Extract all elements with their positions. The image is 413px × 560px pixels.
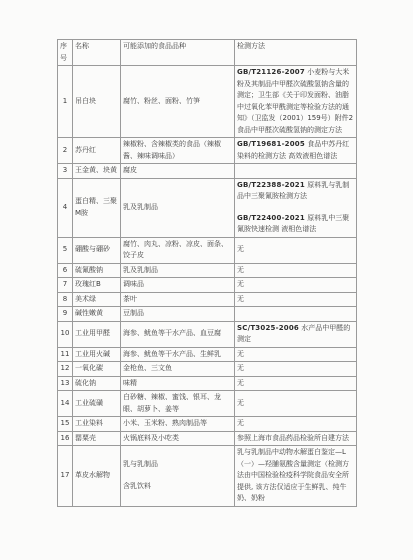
table-row: 11工业用火碱海参、鱿鱼等干水产品、生鲜乳无 bbox=[58, 347, 357, 362]
food-paragraph: 海参、鱿鱼等干水产品、生鲜乳 bbox=[123, 349, 232, 361]
table-row: 10工业用甲醛海参、鱿鱼等干水产品、血豆腐SC/T3025-2006 水产品中甲… bbox=[58, 321, 357, 347]
food-kinds-cell: 腐皮 bbox=[121, 164, 235, 179]
detection-method-cell: GB/T21126-2007 小麦粉与大米粉及其制品中甲醛次硫酸氢钠含量的测定；… bbox=[235, 66, 357, 138]
food-paragraph: 茶叶 bbox=[123, 294, 232, 306]
table-row: 7玫瑰红B调味品无 bbox=[58, 278, 357, 293]
method-paragraph: 无 bbox=[237, 265, 354, 277]
row-number-cell: 11 bbox=[58, 347, 73, 362]
food-paragraph: 金枪鱼、三文鱼 bbox=[123, 363, 232, 375]
substance-name-cell: 罂粟壳 bbox=[73, 431, 121, 446]
substance-name-cell: 蛋白精、三聚M胺 bbox=[73, 178, 121, 237]
food-kinds-cell: 腐竹、肉丸、凉粉、凉皮、面条、饺子皮 bbox=[121, 237, 235, 263]
row-number-cell: 14 bbox=[58, 391, 73, 417]
header-method: 检测方法 bbox=[235, 40, 357, 66]
method-paragraph: 参照上海市食品药品检验所自建方法 bbox=[237, 433, 354, 445]
food-kinds-cell: 海参、鱿鱼等干水产品、生鲜乳 bbox=[121, 347, 235, 362]
method-paragraph: GB/T22388-2021 原料乳与乳制品中三聚氰胺检测方法 bbox=[237, 180, 354, 203]
method-paragraph: 无 bbox=[237, 294, 354, 306]
row-number-cell: 17 bbox=[58, 446, 73, 507]
row-number-cell: 16 bbox=[58, 431, 73, 446]
substance-name-cell: 王金黄、块黄 bbox=[73, 164, 121, 179]
table-row: 14工业硫磺白砂糖、辣椒、蜜饯、银耳、龙眼、胡萝卜、姜等无 bbox=[58, 391, 357, 417]
standard-code: GB/T19681-2005 bbox=[237, 140, 305, 148]
substance-name-cell: 玫瑰红B bbox=[73, 278, 121, 293]
detection-method-cell: 无 bbox=[235, 278, 357, 293]
food-kinds-cell: 味精 bbox=[121, 376, 235, 391]
food-paragraph: 味精 bbox=[123, 378, 232, 390]
table-row: 6硫氰酸钠乳及乳制品无 bbox=[58, 263, 357, 278]
method-paragraph: 无 bbox=[237, 418, 354, 430]
table-row: 3王金黄、块黄腐皮 bbox=[58, 164, 357, 179]
food-paragraph: 乳及乳制品 bbox=[123, 265, 232, 277]
food-paragraph: 乳与乳制品 bbox=[123, 459, 232, 471]
food-kinds-cell: 调味品 bbox=[121, 278, 235, 293]
substance-name-cell: 工业硫磺 bbox=[73, 391, 121, 417]
standard-code: SC/T3025-2006 bbox=[237, 324, 299, 332]
detection-method-cell: 无 bbox=[235, 376, 357, 391]
standard-code: GB/T22388-2021 bbox=[237, 181, 305, 189]
table-row: 15工业染料小米、玉米粉、熟肉制品等无 bbox=[58, 417, 357, 432]
food-paragraph: 乳及乳制品 bbox=[123, 202, 232, 214]
substance-name-cell: 碱性嫩黄 bbox=[73, 307, 121, 322]
food-kinds-cell: 白砂糖、辣椒、蜜饯、银耳、龙眼、胡萝卜、姜等 bbox=[121, 391, 235, 417]
detection-method-cell bbox=[235, 164, 357, 179]
detection-method-cell: 无 bbox=[235, 237, 357, 263]
row-number-cell: 6 bbox=[58, 263, 73, 278]
row-number-cell: 13 bbox=[58, 376, 73, 391]
method-paragraph: 无 bbox=[237, 378, 354, 390]
food-paragraph: 豆制品 bbox=[123, 308, 232, 320]
detection-method-cell: 参照上海市食品药品检验所自建方法 bbox=[235, 431, 357, 446]
food-paragraph: 腐竹、粉丝、面粉、竹笋 bbox=[123, 96, 232, 108]
detection-method-cell: 无 bbox=[235, 362, 357, 377]
detection-method-cell bbox=[235, 307, 357, 322]
food-paragraph: 小米、玉米粉、熟肉制品等 bbox=[123, 418, 232, 430]
table-row: 8美术绿茶叶无 bbox=[58, 292, 357, 307]
method-paragraph: GB/T22400-2021 原料乳中三聚氰胺快速检测 液相色谱法 bbox=[237, 213, 354, 236]
row-number-cell: 9 bbox=[58, 307, 73, 322]
food-kinds-cell: 海参、鱿鱼等干水产品、血豆腐 bbox=[121, 321, 235, 347]
header-no: 序号 bbox=[58, 40, 73, 66]
food-kinds-cell: 金枪鱼、三文鱼 bbox=[121, 362, 235, 377]
food-kinds-cell: 豆制品 bbox=[121, 307, 235, 322]
table-row: 16罂粟壳火锅底料及小吃类参照上海市食品药品检验所自建方法 bbox=[58, 431, 357, 446]
substance-name-cell: 硫氰酸钠 bbox=[73, 263, 121, 278]
substance-name-cell: 一氧化碳 bbox=[73, 362, 121, 377]
table-row: 5硼酸与硼砂腐竹、肉丸、凉粉、凉皮、面条、饺子皮无 bbox=[58, 237, 357, 263]
food-paragraph: 辣椒粉、含辣椒类的食品（辣椒酱、辣味调味品） bbox=[123, 139, 232, 162]
method-paragraph: 乳与乳制品中动物水解蛋白鉴定—L（一）—羟脯氨酸含量测定（检测方法由中国检验检疫… bbox=[237, 447, 354, 505]
food-kinds-cell: 乳与乳制品含乳饮料 bbox=[121, 446, 235, 507]
method-paragraph: GB/T21126-2007 小麦粉与大米粉及其制品中甲醛次硫酸氢钠含量的测定；… bbox=[237, 67, 354, 136]
food-paragraph: 火锅底料及小吃类 bbox=[123, 433, 232, 445]
additives-table: 序号 名称 可能添加的食品品种 检测方法 1吊白块腐竹、粉丝、面粉、竹笋GB/T… bbox=[57, 39, 357, 507]
standard-code: GB/T21126-2007 bbox=[237, 68, 305, 76]
method-paragraph: 无 bbox=[237, 279, 354, 291]
food-paragraph: 海参、鱿鱼等干水产品、血豆腐 bbox=[123, 328, 232, 340]
row-number-cell: 3 bbox=[58, 164, 73, 179]
row-number-cell: 10 bbox=[58, 321, 73, 347]
row-number-cell: 1 bbox=[58, 66, 73, 138]
detection-method-cell: 无 bbox=[235, 347, 357, 362]
substance-name-cell: 苏丹红 bbox=[73, 138, 121, 164]
table-row: 1吊白块腐竹、粉丝、面粉、竹笋GB/T21126-2007 小麦粉与大米粉及其制… bbox=[58, 66, 357, 138]
row-number-cell: 7 bbox=[58, 278, 73, 293]
substance-name-cell: 吊白块 bbox=[73, 66, 121, 138]
table-row: 12一氧化碳金枪鱼、三文鱼无 bbox=[58, 362, 357, 377]
food-kinds-cell: 辣椒粉、含辣椒类的食品（辣椒酱、辣味调味品） bbox=[121, 138, 235, 164]
table-row: 2苏丹红辣椒粉、含辣椒类的食品（辣椒酱、辣味调味品）GB/T19681-2005… bbox=[58, 138, 357, 164]
row-number-cell: 15 bbox=[58, 417, 73, 432]
detection-method-cell: SC/T3025-2006 水产品中甲醛的测定 bbox=[235, 321, 357, 347]
detection-method-cell: 无 bbox=[235, 263, 357, 278]
header-foods: 可能添加的食品品种 bbox=[121, 40, 235, 66]
method-paragraph: SC/T3025-2006 水产品中甲醛的测定 bbox=[237, 323, 354, 346]
food-kinds-cell: 乳及乳制品 bbox=[121, 263, 235, 278]
method-paragraph: 无 bbox=[237, 398, 354, 410]
row-number-cell: 5 bbox=[58, 237, 73, 263]
detection-method-cell: 无 bbox=[235, 391, 357, 417]
row-number-cell: 4 bbox=[58, 178, 73, 237]
substance-name-cell: 工业染料 bbox=[73, 417, 121, 432]
substance-name-cell: 工业用甲醛 bbox=[73, 321, 121, 347]
table-header-row: 序号 名称 可能添加的食品品种 检测方法 bbox=[58, 40, 357, 66]
detection-method-cell: 乳与乳制品中动物水解蛋白鉴定—L（一）—羟脯氨酸含量测定（检测方法由中国检验检疫… bbox=[235, 446, 357, 507]
substance-name-cell: 硫化钠 bbox=[73, 376, 121, 391]
table-body: 1吊白块腐竹、粉丝、面粉、竹笋GB/T21126-2007 小麦粉与大米粉及其制… bbox=[58, 66, 357, 507]
row-number-cell: 2 bbox=[58, 138, 73, 164]
standard-code: GB/T22400-2021 bbox=[237, 214, 305, 222]
substance-name-cell: 革皮水解物 bbox=[73, 446, 121, 507]
table-row: 13硫化钠味精无 bbox=[58, 376, 357, 391]
detection-method-cell: 无 bbox=[235, 292, 357, 307]
table-row: 17革皮水解物乳与乳制品含乳饮料乳与乳制品中动物水解蛋白鉴定—L（一）—羟脯氨酸… bbox=[58, 446, 357, 507]
food-kinds-cell: 小米、玉米粉、熟肉制品等 bbox=[121, 417, 235, 432]
method-paragraph: GB/T19681-2005 食品中苏丹红染料的检测方法 高效液相色谱法 bbox=[237, 139, 354, 162]
row-number-cell: 12 bbox=[58, 362, 73, 377]
food-kinds-cell: 火锅底料及小吃类 bbox=[121, 431, 235, 446]
substance-name-cell: 美术绿 bbox=[73, 292, 121, 307]
food-kinds-cell: 茶叶 bbox=[121, 292, 235, 307]
food-kinds-cell: 乳及乳制品 bbox=[121, 178, 235, 237]
document-page: 序号 名称 可能添加的食品品种 检测方法 1吊白块腐竹、粉丝、面粉、竹笋GB/T… bbox=[0, 0, 413, 560]
food-paragraph: 调味品 bbox=[123, 279, 232, 291]
header-name: 名称 bbox=[73, 40, 121, 66]
method-paragraph: 无 bbox=[237, 244, 354, 256]
substance-name-cell: 工业用火碱 bbox=[73, 347, 121, 362]
substance-name-cell: 硼酸与硼砂 bbox=[73, 237, 121, 263]
food-paragraph: 腐皮 bbox=[123, 165, 232, 177]
table-row: 4蛋白精、三聚M胺乳及乳制品GB/T22388-2021 原料乳与乳制品中三聚氰… bbox=[58, 178, 357, 237]
food-paragraph: 腐竹、肉丸、凉粉、凉皮、面条、饺子皮 bbox=[123, 239, 232, 262]
row-number-cell: 8 bbox=[58, 292, 73, 307]
detection-method-cell: GB/T22388-2021 原料乳与乳制品中三聚氰胺检测方法GB/T22400… bbox=[235, 178, 357, 237]
method-paragraph: 无 bbox=[237, 349, 354, 361]
food-kinds-cell: 腐竹、粉丝、面粉、竹笋 bbox=[121, 66, 235, 138]
detection-method-cell: GB/T19681-2005 食品中苏丹红染料的检测方法 高效液相色谱法 bbox=[235, 138, 357, 164]
food-paragraph: 白砂糖、辣椒、蜜饯、银耳、龙眼、胡萝卜、姜等 bbox=[123, 392, 232, 415]
table-row: 9碱性嫩黄豆制品 bbox=[58, 307, 357, 322]
method-paragraph: 无 bbox=[237, 363, 354, 375]
food-paragraph: 含乳饮料 bbox=[123, 481, 232, 493]
detection-method-cell: 无 bbox=[235, 417, 357, 432]
